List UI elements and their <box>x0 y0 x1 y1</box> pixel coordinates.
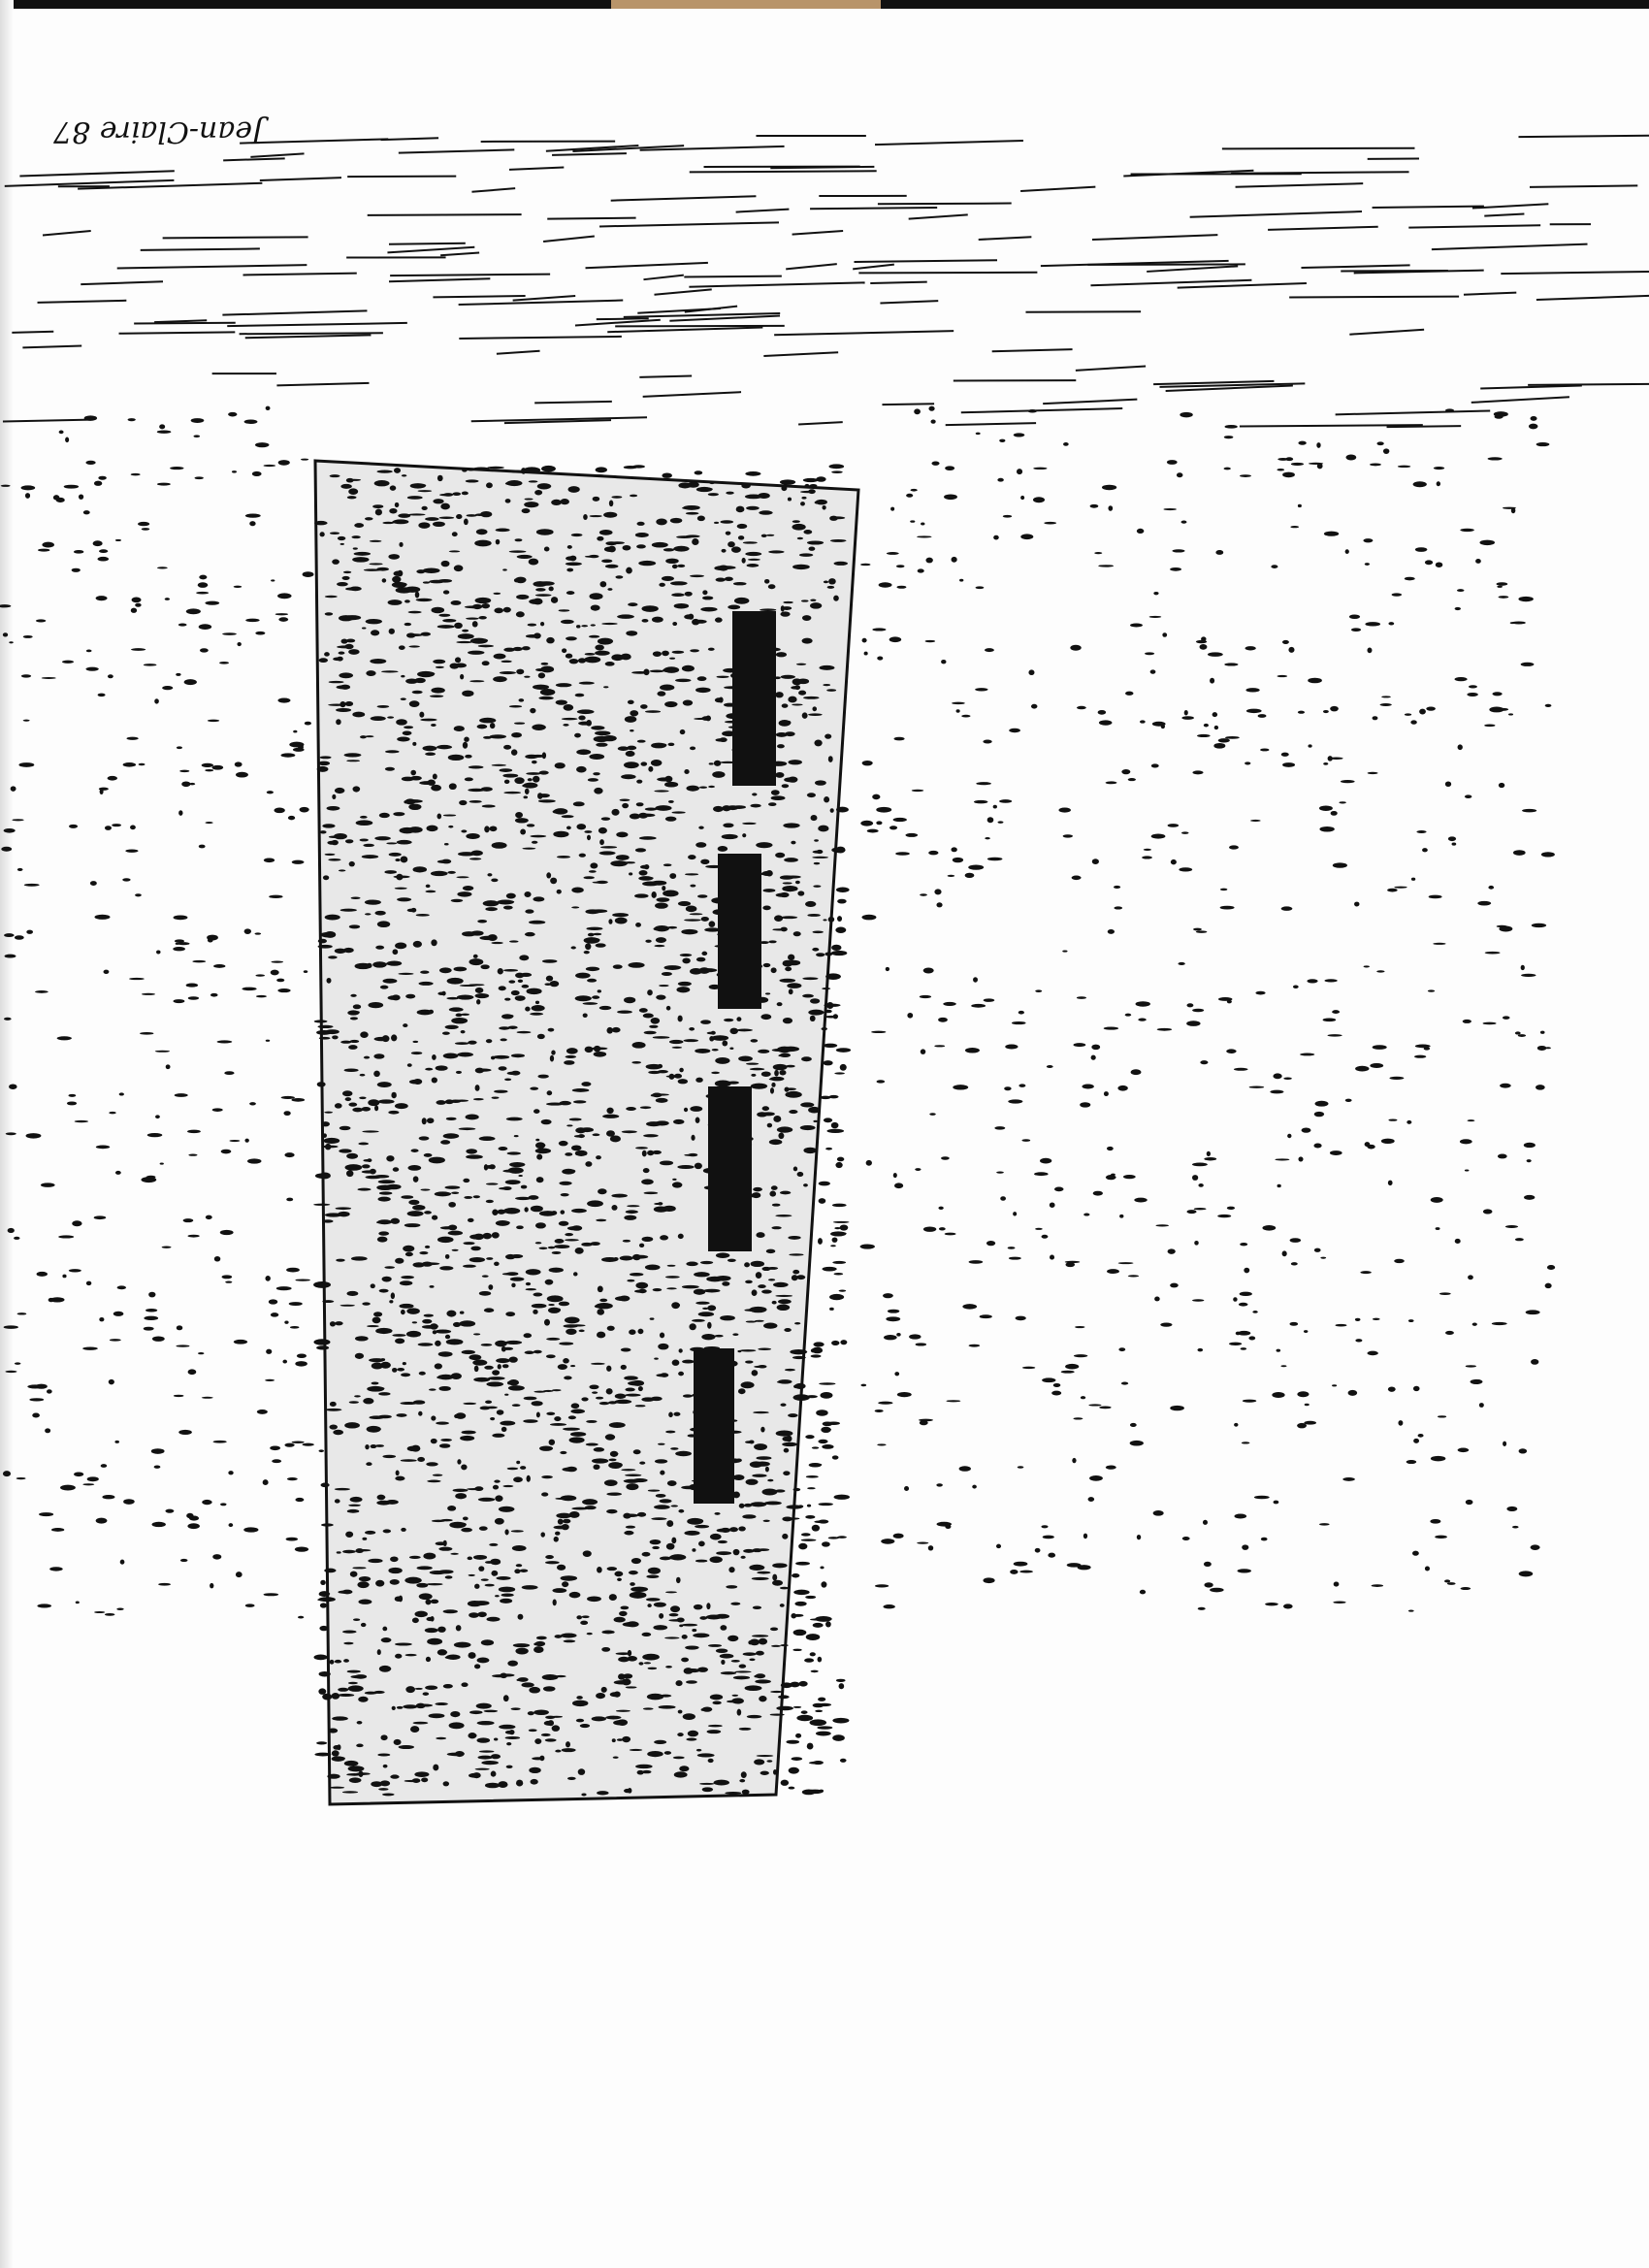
sky-hatching <box>3 136 1649 427</box>
window <box>718 854 761 1009</box>
window <box>694 1348 734 1504</box>
tower <box>313 461 858 1804</box>
window <box>732 611 776 786</box>
window <box>708 1086 752 1251</box>
drawing <box>0 0 1649 2268</box>
